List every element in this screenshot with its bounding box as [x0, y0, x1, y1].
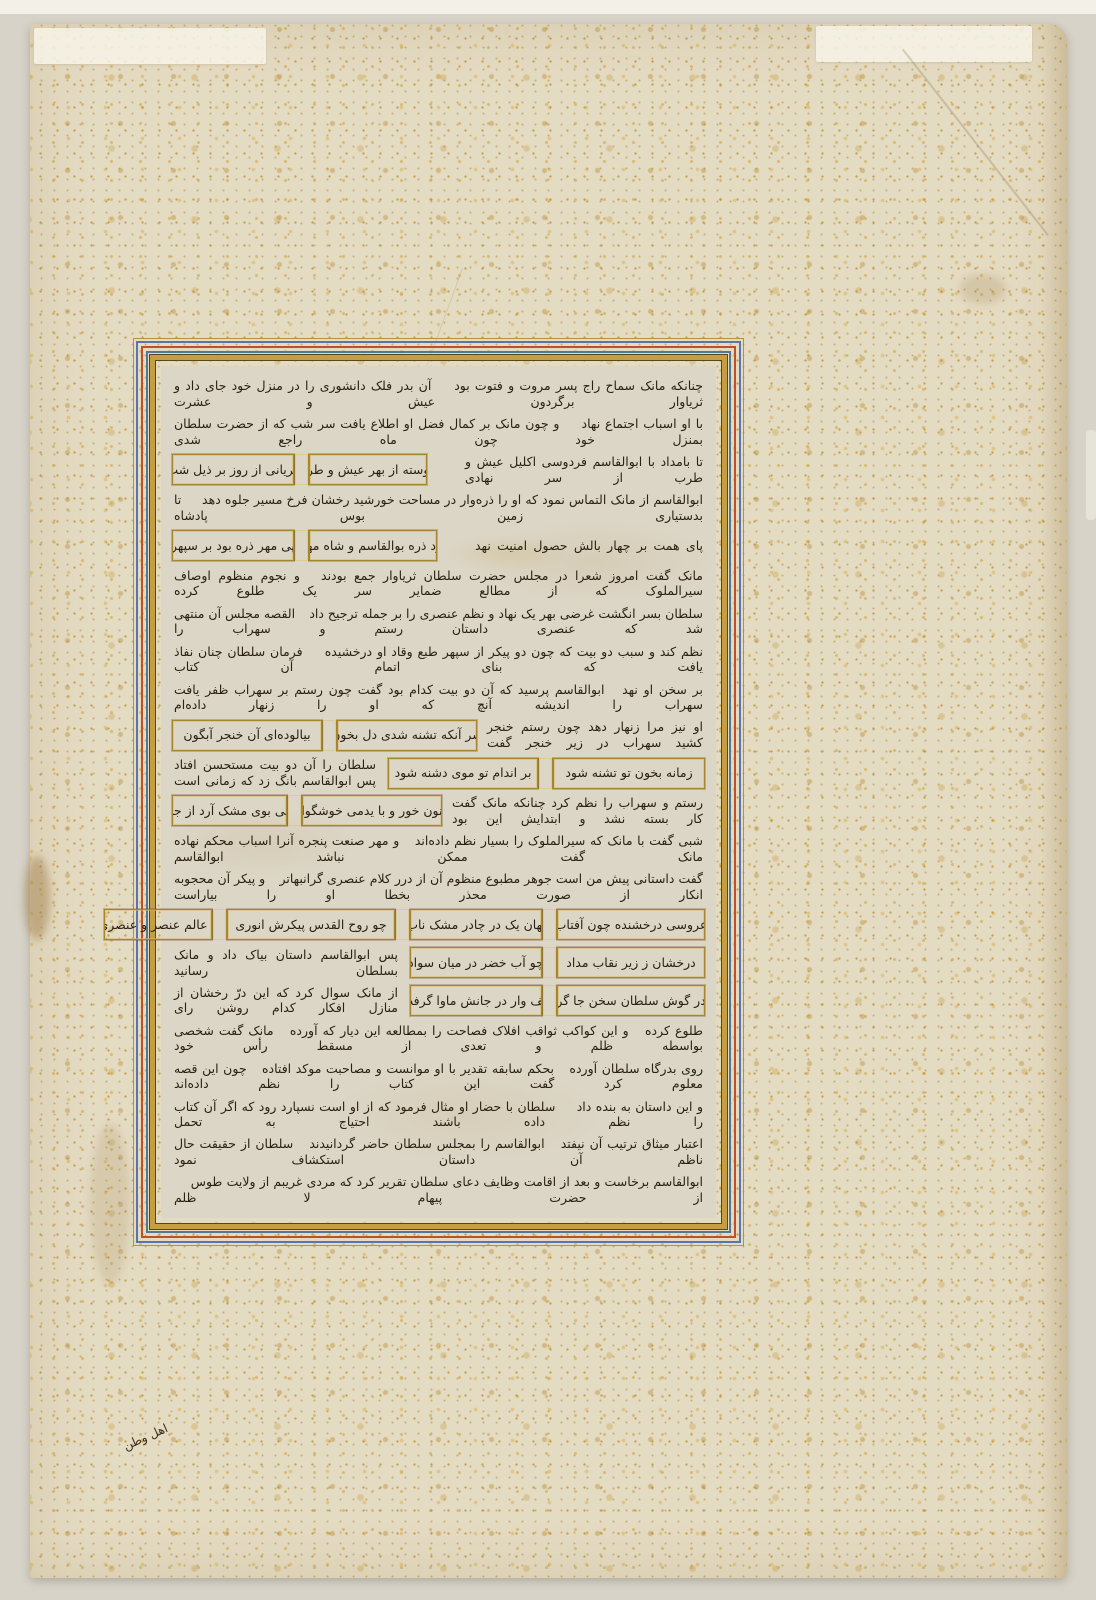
- prose-segment: اعتبار میثاق ترتیب آن نیفتد ابوالقاسم را…: [172, 1136, 705, 1167]
- verse-cell: درخشان ز زیر نقاب مداد: [557, 947, 705, 978]
- stain: [24, 856, 50, 940]
- stain: [90, 1124, 130, 1284]
- prose-segment: ابوالقاسم برخاست و بعد از اقامت وظایف دع…: [172, 1174, 705, 1205]
- verse-cell: سر آنکه تشنه شدی دل بخون: [337, 720, 477, 751]
- prose-segment: شبی گفت با مانک که سیرالملوک را بسیار نظ…: [172, 833, 705, 864]
- verse-cell: چو آب خضر در میان سواد: [410, 947, 542, 978]
- prose-segment: نظم کند و سبب دو بیت که چون دو پیکر از س…: [172, 644, 705, 675]
- prose-segment: ابوالقاسم از مانک التماس نمود که او را ذ…: [172, 492, 705, 523]
- prose-segment: با او اسباب اجتماع نهاد و چون مانک بر کم…: [172, 416, 705, 447]
- text-line: و این داستان به بنده داد سلطان با حضار ا…: [172, 1095, 705, 1133]
- text-line: درخشان ز زیر نقاب مدادچو آب خضر در میان …: [172, 944, 705, 982]
- verse-gutter: [294, 530, 309, 561]
- text-line: مانک گفت امروز شعرا در مجلس حضرت سلطان ث…: [172, 565, 705, 603]
- verse-gutter: [287, 795, 302, 826]
- tape-remnant-right: [816, 26, 1032, 62]
- verse-gutter: [395, 909, 410, 940]
- text-line: ابوالقاسم از مانک التماس نمود که او را ذ…: [172, 489, 705, 527]
- text-line: ابوالقاسم برخاست و بعد از اقامت وظایف دع…: [172, 1171, 705, 1209]
- verse-cell: پی مهر ذره بود بر سپهر: [172, 530, 294, 561]
- text-line: شبی گفت با مانک که سیرالملوک را بسیار نظ…: [172, 830, 705, 868]
- prose-segment: تا بامداد با ابوالقاسم فردوسی اکلیل عیش …: [463, 454, 705, 485]
- verse-cell: عروسی درخشنده چون آفتاب: [557, 909, 705, 940]
- verse-cell: کریانی از روز بر ذیل شب: [172, 454, 294, 485]
- verse-cell: بپیوسته از بهر عیش و طرب: [309, 454, 427, 485]
- verse-gutter: [212, 909, 227, 940]
- text-line: روی بدرگاه سلطان آورده بحکم سابقه تقدیر …: [172, 1057, 705, 1095]
- verse-gutter: [542, 909, 557, 940]
- text-line: زمانه بخون تو تشنه شودبر اندام تو موی دش…: [172, 754, 705, 792]
- collection-mark: اهل وطن: [121, 1421, 170, 1453]
- prose-segment: چنانکه مانک سماح راج پسر مروت و فتوت بود…: [172, 378, 705, 409]
- text-line: عروسی درخشنده چون آفتابنهان یک در چادر م…: [172, 906, 705, 944]
- text-line: بر سخن او نهد ابوالقاسم پرسید که آن دو ب…: [172, 678, 705, 716]
- text-line: سلطان بسر انگشت غرضی بهر یک نهاد و نظم ع…: [172, 602, 705, 640]
- text-line: او نیز مرا زنهار دهد چون رستم خنجر کشید …: [172, 716, 705, 754]
- verse-gutter: [322, 720, 337, 751]
- prose-segment: سلطان را آن دو بیت مستحسن افتاد پس ابوال…: [172, 757, 378, 788]
- backdrop-top-strip: [0, 0, 1096, 14]
- stain: [960, 274, 1006, 304]
- right-edge-fold: [1041, 24, 1067, 1578]
- text-lines: چنانکه مانک سماح راج پسر مروت و فتوت بود…: [161, 366, 716, 1218]
- prose-segment: او نیز مرا زنهار دهد چون رستم خنجر کشید …: [485, 719, 705, 750]
- verse-gutter: [294, 454, 309, 485]
- prose-segment: مانک گفت امروز شعرا در مجلس حضرت سلطان ث…: [172, 568, 705, 599]
- prose-segment: پس ابوالقاسم داستان بیاک داد و مانک بسلط…: [172, 947, 400, 978]
- verse-gutter: [538, 758, 553, 789]
- prose-segment: روی بدرگاه سلطان آورده بحکم سابقه تقدیر …: [172, 1061, 705, 1092]
- backdrop-right-sliver: [1086, 430, 1096, 520]
- verse-cell: ز عالم عنصر و عنصری: [104, 909, 212, 940]
- verse-cell: زمانه بخون تو تشنه شود: [553, 758, 705, 789]
- verse-gutter: [542, 947, 557, 978]
- verse-cell: بود ذره بوالقاسم و شاه مهر: [309, 530, 437, 561]
- text-panel: چنانکه مانک سماح راج پسر مروت و فتوت بود…: [133, 338, 744, 1246]
- text-line: با او اسباب اجتماع نهاد و چون مانک بر کم…: [172, 413, 705, 451]
- prose-segment: پای همت بر چهار بالش حصول امنیت نهد: [473, 538, 705, 554]
- verse-cell: الف وار در جانش ماوا گرفت: [410, 985, 542, 1016]
- verse-cell: نهان یک در چادر مشک ناب: [410, 909, 542, 940]
- text-line: چو در گوش سلطان سخن جا گرفتالف وار در جا…: [172, 982, 705, 1020]
- text-line: نظم کند و سبب دو بیت که چون دو پیکر از س…: [172, 640, 705, 678]
- text-line: رستم و سهراب را نظم کرد چنانکه مانک گفت …: [172, 792, 705, 830]
- tape-remnant-left: [34, 28, 266, 64]
- prose-segment: از مانک سوال کرد که این درّ رخشان از منا…: [172, 985, 400, 1016]
- verse-cell: که می بوی مشک آرد از جویبار: [172, 795, 287, 826]
- verse-cell: بیالوده‌ای آن خنجر آبگون: [172, 720, 322, 751]
- text-line: گفت داستانی پیش من است جوهر مطبوع منظوم …: [172, 868, 705, 906]
- prose-segment: بر سخن او نهد ابوالقاسم پرسید که آن دو ب…: [172, 682, 705, 713]
- verse-cell: چو روح القدس پیکرش انوری: [227, 909, 395, 940]
- verse-cell: چو در گوش سلطان سخن جا گرفت: [557, 985, 705, 1016]
- prose-segment: طلوع کرده و این کواکب ثواقب افلاک فصاحت …: [172, 1023, 705, 1054]
- crease-top-right: [902, 49, 1048, 236]
- manuscript-folio: اهل وطن چنانکه مانک سماح راج پسر مروت و …: [30, 24, 1067, 1578]
- text-line: اعتبار میثاق ترتیب آن نیفتد ابوالقاسم را…: [172, 1133, 705, 1171]
- verse-gutter: [542, 985, 557, 1016]
- text-line: طلوع کرده و این کواکب ثواقب افلاک فصاحت …: [172, 1019, 705, 1057]
- prose-segment: گفت داستانی پیش من است جوهر مطبوع منظوم …: [172, 871, 705, 902]
- text-line: پای همت بر چهار بالش حصول امنیت نهدبود ذ…: [172, 527, 705, 565]
- manuscript-photograph: { "photo": { "backdrop_color": "#d7d3c9"…: [0, 0, 1096, 1600]
- prose-segment: و این داستان به بنده داد سلطان با حضار ا…: [172, 1099, 705, 1130]
- verse-cell: بر اندام تو موی دشنه شود: [388, 758, 538, 789]
- prose-segment: سلطان بسر انگشت غرضی بهر یک نهاد و نظم ع…: [172, 606, 705, 637]
- verse-cell: کنون خور و با یدمی خوشگوار: [302, 795, 442, 826]
- text-line: چنانکه مانک سماح راج پسر مروت و فتوت بود…: [172, 375, 705, 413]
- text-line: تا بامداد با ابوالقاسم فردوسی اکلیل عیش …: [172, 451, 705, 489]
- prose-segment: رستم و سهراب را نظم کرد چنانکه مانک گفت …: [450, 795, 705, 826]
